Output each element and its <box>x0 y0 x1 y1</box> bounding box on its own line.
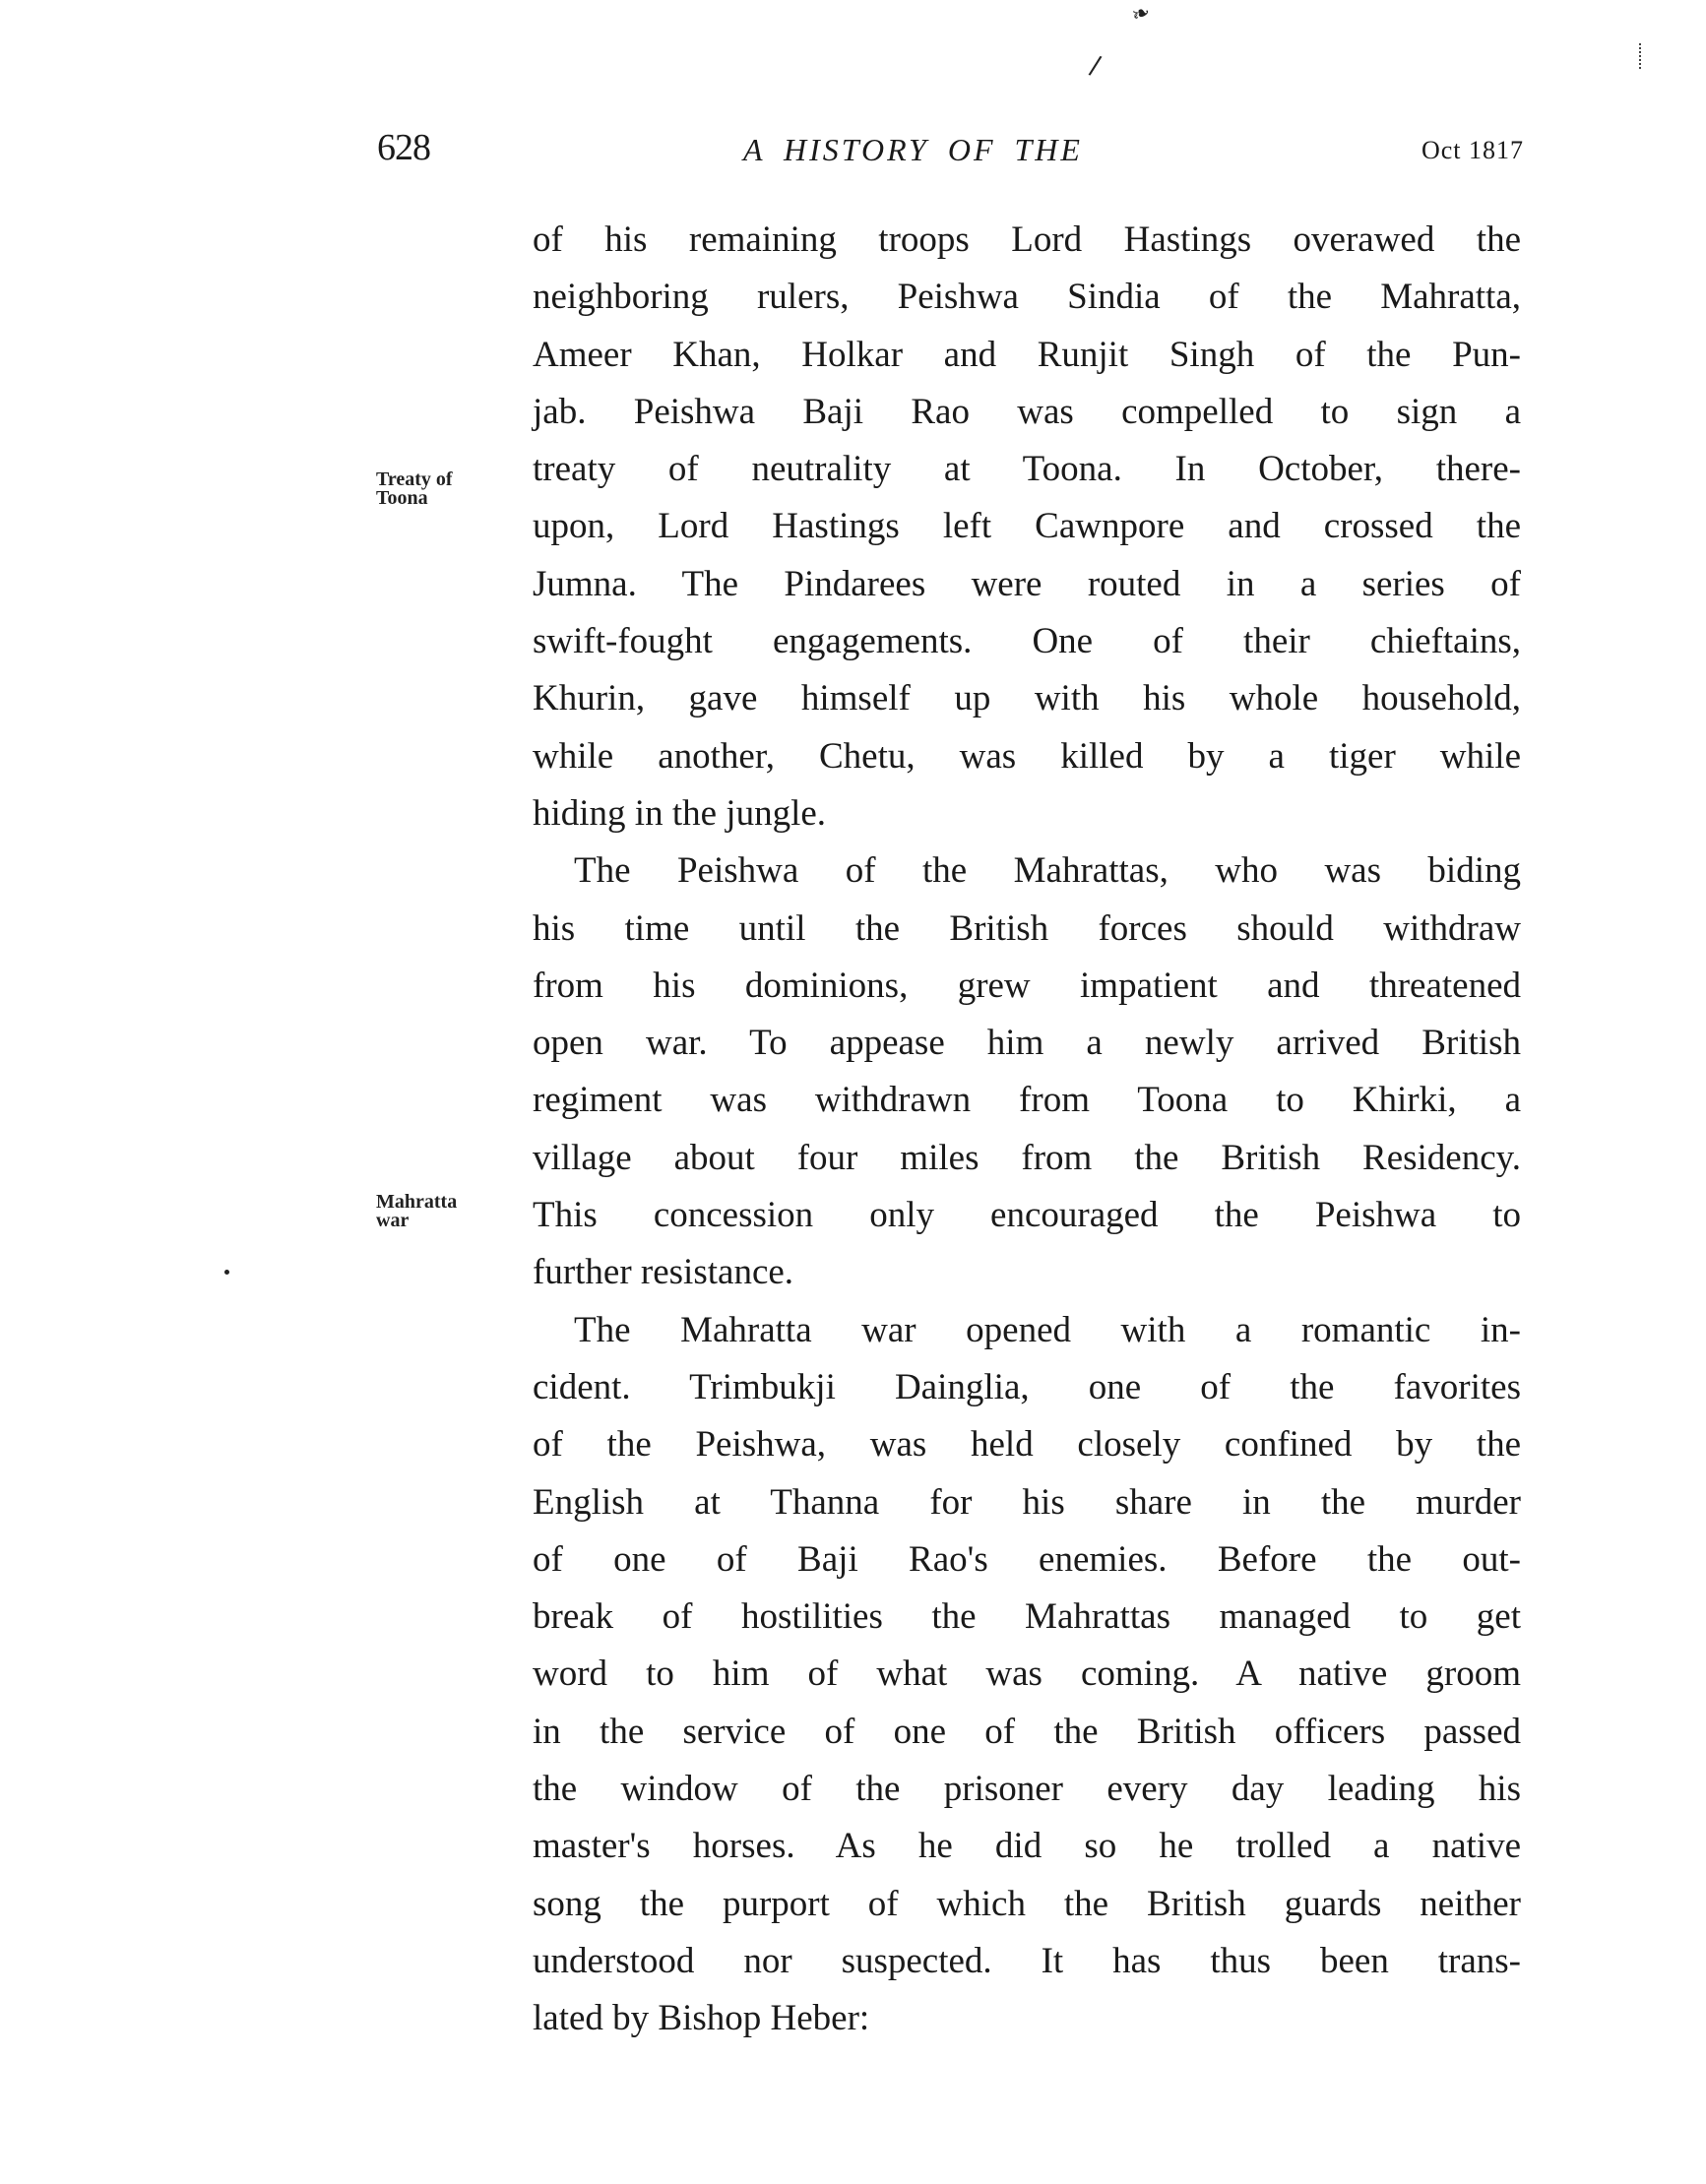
running-date: Oct 1817 <box>1422 136 1524 165</box>
text-line: the window of the prisoner every day lea… <box>533 1761 1521 1818</box>
text-line: of his remaining troops Lord Hastings ov… <box>533 212 1521 269</box>
text-line: of the Peishwa, was held closely confine… <box>533 1416 1521 1473</box>
text-line: further resistance. <box>533 1244 1521 1301</box>
text-line: The Peishwa of the Mahrattas, who was bi… <box>533 842 1521 900</box>
dotted-edge-mark <box>1639 43 1643 69</box>
text-line: village about four miles from the Britis… <box>533 1130 1521 1187</box>
text-line: jab. Peishwa Baji Rao was compelled to s… <box>533 384 1521 441</box>
text-line: open war. To appease him a newly arrived… <box>533 1015 1521 1072</box>
text-line: hiding in the jungle. <box>533 785 1521 842</box>
running-head: 628 A HISTORY OF THE Oct 1817 <box>377 126 1524 175</box>
text-line: cident. Trimbukji Dainglia, one of the f… <box>533 1359 1521 1416</box>
text-line: treaty of neutrality at Toona. In Octobe… <box>533 441 1521 498</box>
body-text: of his remaining troops Lord Hastings ov… <box>533 212 1521 2048</box>
text-line: upon, Lord Hastings left Cawnpore and cr… <box>533 498 1521 555</box>
text-line: This concession only encouraged the Peis… <box>533 1187 1521 1244</box>
sidenote-mahratta-war: Mahratta war <box>376 1193 457 1230</box>
ink-stroke-mark: / <box>1087 50 1103 81</box>
text-line: neighboring rulers, Peishwa Sindia of th… <box>533 269 1521 326</box>
text-line: word to him of what was coming. A native… <box>533 1646 1521 1703</box>
text-line: The Mahratta war opened with a romantic … <box>533 1302 1521 1359</box>
paragraph-1: of his remaining troops Lord Hastings ov… <box>533 212 1521 842</box>
text-line: break of hostilities the Mahrattas manag… <box>533 1589 1521 1646</box>
text-line: from his dominions, grew impatient and t… <box>533 958 1521 1015</box>
page-number: 628 <box>377 126 430 169</box>
paragraph-2: The Peishwa of the Mahrattas, who was bi… <box>533 842 1521 1301</box>
text-line: of one of Baji Rao's enemies. Before the… <box>533 1531 1521 1589</box>
running-title: A HISTORY OF THE <box>743 132 1083 168</box>
text-line: Khurin, gave himself up with his whole h… <box>533 670 1521 727</box>
text-line: his time until the British forces should… <box>533 901 1521 958</box>
text-line: Jumna. The Pindarees were routed in a se… <box>533 556 1521 613</box>
text-line: in the service of one of the British off… <box>533 1704 1521 1761</box>
text-line: Ameer Khan, Holkar and Runjit Singh of t… <box>533 327 1521 384</box>
text-line: while another, Chetu, was killed by a ti… <box>533 728 1521 785</box>
paragraph-3: The Mahratta war opened with a romantic … <box>533 1302 1521 2048</box>
text-line: song the purport of which the British gu… <box>533 1876 1521 1933</box>
sidenote-treaty-of-toona: Treaty of Toona <box>376 470 453 508</box>
stray-dot-mark <box>224 1270 229 1275</box>
text-line: swift-fought engagements. One of their c… <box>533 613 1521 670</box>
ink-flourish-mark: ❧ <box>1128 0 1154 29</box>
text-line: English at Thanna for his share in the m… <box>533 1474 1521 1531</box>
sidenote-line: Toona <box>376 489 453 508</box>
text-line: understood nor suspected. It has thus be… <box>533 1933 1521 1990</box>
text-line: master's horses. As he did so he trolled… <box>533 1818 1521 1875</box>
text-line: regiment was withdrawn from Toona to Khi… <box>533 1072 1521 1129</box>
book-page: ❧ / 628 A HISTORY OF THE Oct 1817 Treaty… <box>0 0 1706 2184</box>
text-line: lated by Bishop Heber: <box>533 1990 1521 2047</box>
sidenote-line: war <box>376 1212 457 1230</box>
